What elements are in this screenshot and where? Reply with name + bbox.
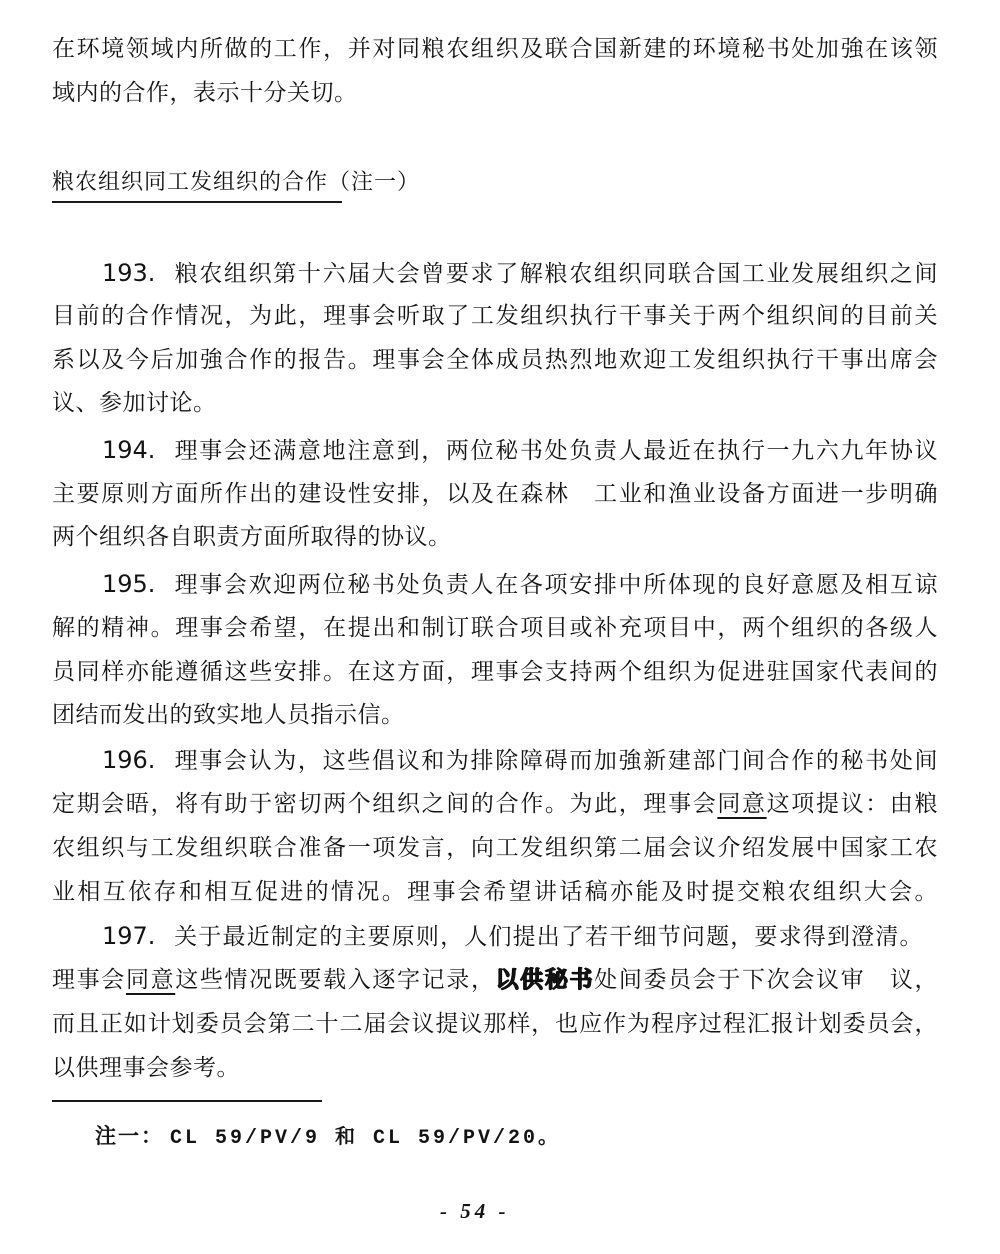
paragraph-194-first-line: 194.理事会还满意地注意到，两位秘书处负责人最近在执行一九六九年协议 <box>102 435 938 465</box>
page-number: - 54 - <box>440 1197 510 1225</box>
continuation-line: 域内的合作，表示十分关切。 <box>52 78 358 108</box>
paragraph-text: 理事会欢迎两位秘书处负责人在各项安排中所体现的良好意愿及相互谅 <box>173 572 938 598</box>
paragraph-line: 系以及今后加強合作的报告。理事会全体成员热烈地欢迎工发组织执行干事出席会 <box>52 345 938 375</box>
paragraph-number: 196. <box>102 745 155 775</box>
paragraph-number: 193. <box>102 258 155 288</box>
paragraph-text: 关于最近制定的主要原则，人们提出了若干细节问题，要求得到澄清。 <box>173 924 923 950</box>
paragraph-line: 理事会同意这些情况既要载入逐字记录，以供秘书处间委员会于下次会议审 议， <box>52 965 938 995</box>
paragraph-line: 主要原则方面所作出的建设性安排，以及在森林 工业和渔业设备方面进一步明确 <box>52 479 938 509</box>
paragraph-line: 两个组织各自职责方面所取得的协议。 <box>52 522 452 552</box>
paragraph-text: 这项提议：由粮 <box>767 791 938 817</box>
paragraph-193-first-line: 193.粮农组织第十六届大会曾要求了解粮农组织同联合国工业发展组织之间 <box>102 258 938 288</box>
paragraph-line: 农组织与工发组织联合准备一项发言，向工发组织第二届会议介绍发展中国家工农 <box>52 833 938 863</box>
underlined-term: 同意 <box>717 791 766 817</box>
paragraph-line: 议、参加讨论。 <box>52 388 217 418</box>
paragraph-text: 这些情况既要载入逐字记录， <box>175 967 495 993</box>
paragraph-text: 理事会 <box>52 967 126 993</box>
footnote-text: CL 59/PV/9 和 CL 59/PV/20。 <box>170 1127 561 1150</box>
paragraph-text: 定期会晤，将有助于密切两个组织之间的合作。为此，理事会 <box>52 791 717 817</box>
footnote-label: 注一： <box>95 1123 164 1148</box>
paragraph-196-first-line: 196.理事会认为，这些倡议和为排除障碍而加強新建部门间合作的秘书处间 <box>102 745 938 775</box>
paragraph-line: 以供理事会参考。 <box>52 1053 240 1083</box>
overprinted-text: 以供秘书 <box>496 966 595 993</box>
footnote: 注一：CL 59/PV/9 和 CL 59/PV/20。 <box>95 1122 561 1150</box>
paragraph-text: 处间委员会于下次会议审 议， <box>594 967 938 993</box>
paragraph-text: 粮农组织第十六届大会曾要求了解粮农组织同联合国工业发展组织之间 <box>173 261 938 287</box>
paragraph-text: 理事会还满意地注意到，两位秘书处负责人最近在执行一九六九年协议 <box>173 438 938 464</box>
footnote-separator <box>52 1100 322 1102</box>
document-page: 在环境领域内所做的工作，并对同粮农组织及联合国新建的环境秘书处加強在该领 域内的… <box>0 0 1000 1254</box>
paragraph-line: 员同样亦能遵循这些安排。在这方面，理事会支持两个组织为促进驻国家代表间的 <box>52 657 938 687</box>
paragraph-195-first-line: 195.理事会欢迎两位秘书处负责人在各项安排中所体现的良好意愿及相互谅 <box>102 569 938 599</box>
paragraph-line: 业相互依存和相互促进的情况。理事会希望讲话稿亦能及时提交粮农组织大会。 <box>52 877 938 907</box>
heading-underline <box>52 201 342 203</box>
paragraph-197-first-line: 197.关于最近制定的主要原则，人们提出了若干细节问题，要求得到澄清。 <box>102 921 923 951</box>
paragraph-text: 理事会认为，这些倡议和为排除障碍而加強新建部门间合作的秘书处间 <box>173 748 938 774</box>
paragraph-line: 而且正如计划委员会第二十二届会议提议那样，也应作为程序过程汇报计划委员会， <box>52 1009 938 1039</box>
paragraph-number: 197. <box>102 921 155 951</box>
paragraph-line: 团结而发出的致实地人员指示信。 <box>52 700 405 730</box>
continuation-line: 在环境领域内所做的工作，并对同粮农组织及联合国新建的环境秘书处加強在该领 <box>52 34 938 64</box>
section-heading: 粮农组织同工发组织的合作（注一） <box>52 168 420 198</box>
paragraph-line: 目前的合作情况，为此，理事会听取了工发组织执行干事关于两个组织间的目前关 <box>52 301 938 331</box>
underlined-term: 同意 <box>126 967 175 993</box>
paragraph-line: 定期会晤，将有助于密切两个组织之间的合作。为此，理事会同意这项提议：由粮 <box>52 789 938 819</box>
paragraph-line: 解的精神。理事会希望，在提出和制订联合项目或补充项目中，两个组织的各级人 <box>52 613 938 643</box>
paragraph-number: 195. <box>102 569 155 599</box>
paragraph-number: 194. <box>102 435 155 465</box>
